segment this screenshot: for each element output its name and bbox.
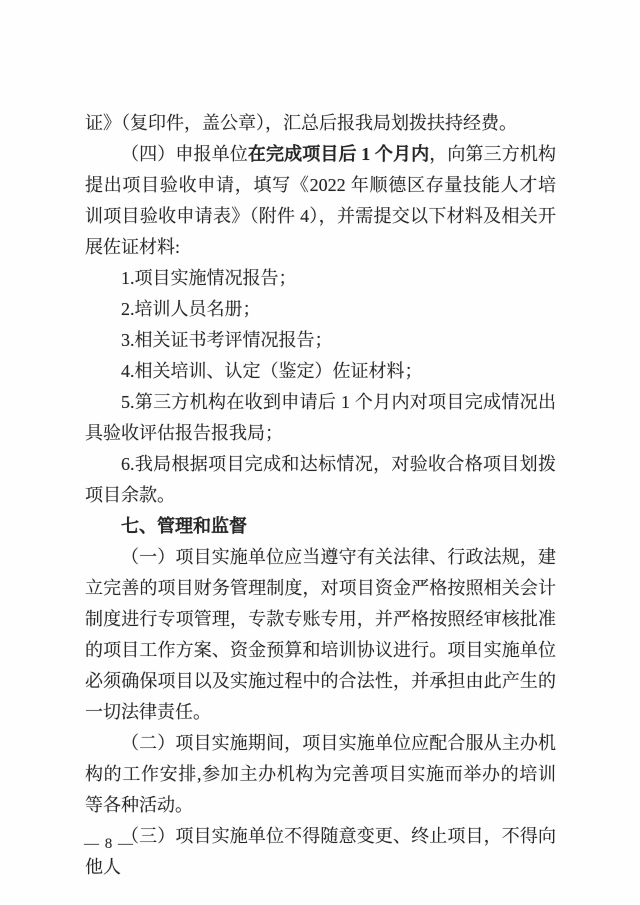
- document-body: 证》（复印件，盖公章），汇总后报我局划拨扶持经费。 （四）申报单位在完成项目后 …: [85, 108, 556, 883]
- list-item-6: 6.我局根据项目完成和达标情况，对验收合格项目划拨项目余款。: [85, 449, 556, 511]
- list-item-1: 1.项目实施情况报告；: [85, 263, 556, 294]
- paragraph-item-four: （四）申报单位在完成项目后 1 个月内，向第三方机构提出项目验收申请，填写《20…: [85, 139, 556, 263]
- page-number: — 8 —: [84, 836, 134, 853]
- paragraph-item-four-bold-deadline: 在完成项目后 1 个月内: [248, 144, 429, 164]
- list-item-4: 4.相关培训、认定（鉴定）佐证材料；: [85, 356, 556, 387]
- document-page: 证》（复印件，盖公章），汇总后报我局划拨扶持经费。 （四）申报单位在完成项目后 …: [0, 0, 640, 905]
- list-item-3: 3.相关证书考评情况报告；: [85, 325, 556, 356]
- paragraph-continuation: 证》（复印件，盖公章），汇总后报我局划拨扶持经费。: [85, 108, 556, 139]
- paragraph-item-four-prefix: （四）申报单位: [121, 144, 248, 164]
- section-heading-seven: 七、管理和监督: [85, 511, 556, 542]
- paragraph-item-two: （二）项目实施期间，项目实施单位应配合服从主办机构的工作安排,参加主办机构为完善…: [85, 728, 556, 821]
- list-item-5: 5.第三方机构在收到申请后 1 个月内对项目完成情况出具验收评估报告报我局；: [85, 387, 556, 449]
- list-item-2: 2.培训人员名册；: [85, 294, 556, 325]
- paragraph-item-three: （三）项目实施单位不得随意变更、终止项目，不得向他人: [85, 821, 556, 883]
- paragraph-item-one: （一）项目实施单位应当遵守有关法律、行政法规，建立完善的项目财务管理制度，对项目…: [85, 542, 556, 728]
